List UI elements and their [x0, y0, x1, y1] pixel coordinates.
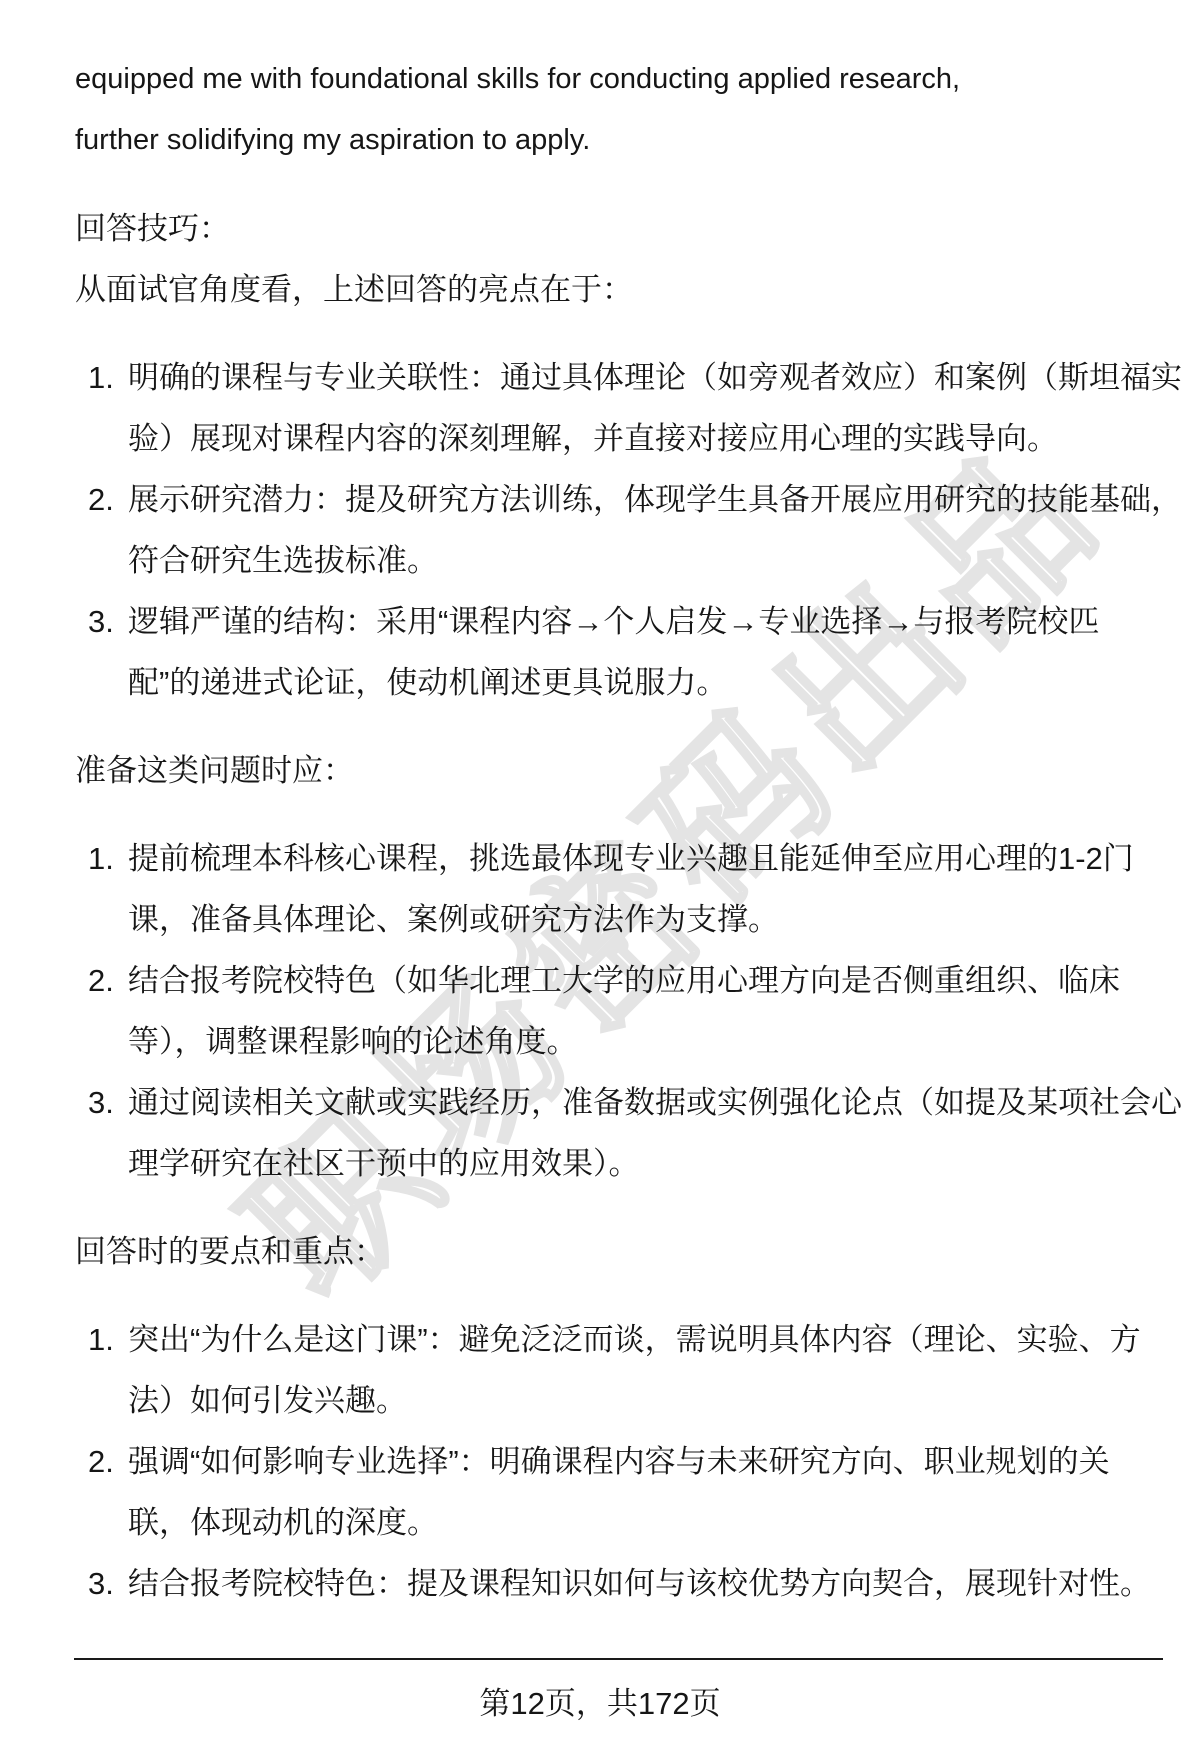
- section-2-list: 1. 提前梳理本科核心课程，挑选最体现专业兴趣且能延伸至应用心理的1-2门 课，…: [75, 828, 1163, 1194]
- intro-line: further solidifying my aspiration to app…: [75, 110, 1163, 171]
- list-item-number-spacer: [75, 652, 128, 713]
- section-1-lead: 从面试官角度看，上述回答的亮点在于：: [75, 259, 1163, 320]
- page-number: 第12页，共172页: [479, 1686, 720, 1721]
- list-item-number: 1.: [75, 828, 128, 889]
- list-item-number: 1.: [75, 347, 128, 408]
- section-3-list: 1. 突出“为什么是这门课”：避免泛泛而谈，需说明具体内容（理论、实验、方 法）…: [75, 1309, 1163, 1614]
- list-item-line: 法）如何引发兴趣。: [128, 1370, 407, 1431]
- list-item: 2. 结合报考院校特色（如华北理工大学的应用心理方向是否侧重组织、临床: [75, 950, 1163, 1011]
- section-2-header: 准备这类问题时应：: [75, 740, 1163, 801]
- list-item-line: 配”的递进式论证，使动机阐述更具说服力。: [128, 652, 727, 713]
- list-item-number: 1.: [75, 1309, 128, 1370]
- list-item-continuation: 配”的递进式论证，使动机阐述更具说服力。: [75, 652, 1163, 713]
- section-3-heading: 回答时的要点和重点：: [75, 1221, 1163, 1282]
- list-item-line: 联，体现动机的深度。: [128, 1492, 438, 1553]
- list-item-continuation: 法）如何引发兴趣。: [75, 1370, 1163, 1431]
- list-item: 1. 明确的课程与专业关联性：通过具体理论（如旁观者效应）和案例（斯坦福实: [75, 347, 1163, 408]
- section-2-heading: 准备这类问题时应：: [75, 740, 1163, 801]
- list-item-line: 符合研究生选拔标准。: [128, 530, 438, 591]
- list-item-number-spacer: [75, 408, 128, 469]
- list-item-continuation: 符合研究生选拔标准。: [75, 530, 1163, 591]
- section-1-header: 回答技巧： 从面试官角度看，上述回答的亮点在于：: [75, 198, 1163, 320]
- list-item-line: 明确的课程与专业关联性：通过具体理论（如旁观者效应）和案例（斯坦福实: [128, 347, 1182, 408]
- list-item-number: 2.: [75, 950, 128, 1011]
- section-1-heading: 回答技巧：: [75, 198, 1163, 259]
- footer-divider: [74, 1658, 1163, 1660]
- list-item-line: 理学研究在社区干预中的应用效果）。: [128, 1133, 640, 1194]
- list-item-line: 展示研究潜力：提及研究方法训练，体现学生具备开展应用研究的技能基础，: [128, 469, 1182, 530]
- list-item-number-spacer: [75, 1011, 128, 1072]
- list-item-number-spacer: [75, 530, 128, 591]
- list-item-continuation: 课，准备具体理论、案例或研究方法作为支撑。: [75, 889, 1163, 950]
- intro-paragraph: equipped me with foundational skills for…: [75, 49, 1163, 171]
- list-item-line: 验）展现对课程内容的深刻理解，并直接对接应用心理的实践导向。: [128, 408, 1058, 469]
- list-item: 3. 结合报考院校特色：提及课程知识如何与该校优势方向契合，展现针对性。: [75, 1553, 1163, 1614]
- list-item: 2. 展示研究潜力：提及研究方法训练，体现学生具备开展应用研究的技能基础，: [75, 469, 1163, 530]
- list-item-line: 逻辑严谨的结构：采用“课程内容→个人启发→专业选择→与报考院校匹: [128, 591, 1099, 652]
- list-item-number: 3.: [75, 591, 128, 652]
- page-content: equipped me with foundational skills for…: [75, 0, 1163, 1614]
- page-footer: 第12页，共172页: [0, 1678, 1200, 1730]
- list-item: 2. 强调“如何影响专业选择”：明确课程内容与未来研究方向、职业规划的关: [75, 1431, 1163, 1492]
- list-item-line: 通过阅读相关文献或实践经历，准备数据或实例强化论点（如提及某项社会心: [128, 1072, 1182, 1133]
- list-item-line: 突出“为什么是这门课”：避免泛泛而谈，需说明具体内容（理论、实验、方: [128, 1309, 1141, 1370]
- list-item-number: 3.: [75, 1553, 128, 1614]
- list-item-number-spacer: [75, 1133, 128, 1194]
- list-item: 3. 通过阅读相关文献或实践经历，准备数据或实例强化论点（如提及某项社会心: [75, 1072, 1163, 1133]
- list-item-continuation: 理学研究在社区干预中的应用效果）。: [75, 1133, 1163, 1194]
- section-3-header: 回答时的要点和重点：: [75, 1221, 1163, 1282]
- list-item-continuation: 验）展现对课程内容的深刻理解，并直接对接应用心理的实践导向。: [75, 408, 1163, 469]
- list-item: 1. 突出“为什么是这门课”：避免泛泛而谈，需说明具体内容（理论、实验、方: [75, 1309, 1163, 1370]
- list-item: 1. 提前梳理本科核心课程，挑选最体现专业兴趣且能延伸至应用心理的1-2门: [75, 828, 1163, 889]
- list-item-line: 等），调整课程影响的论述角度。: [128, 1011, 578, 1072]
- list-item: 3. 逻辑严谨的结构：采用“课程内容→个人启发→专业选择→与报考院校匹: [75, 591, 1163, 652]
- section-1-list: 1. 明确的课程与专业关联性：通过具体理论（如旁观者效应）和案例（斯坦福实 验）…: [75, 347, 1163, 713]
- list-item-number: 2.: [75, 469, 128, 530]
- list-item-continuation: 联，体现动机的深度。: [75, 1492, 1163, 1553]
- list-item-line: 结合报考院校特色：提及课程知识如何与该校优势方向契合，展现针对性。: [128, 1553, 1151, 1614]
- list-item-continuation: 等），调整课程影响的论述角度。: [75, 1011, 1163, 1072]
- list-item-line: 提前梳理本科核心课程，挑选最体现专业兴趣且能延伸至应用心理的1-2门: [128, 828, 1134, 889]
- list-item-number-spacer: [75, 889, 128, 950]
- list-item-line: 课，准备具体理论、案例或研究方法作为支撑。: [128, 889, 779, 950]
- list-item-line: 强调“如何影响专业选择”：明确课程内容与未来研究方向、职业规划的关: [128, 1431, 1110, 1492]
- document-page: 职场密码出品 equipped me with foundational ski…: [0, 0, 1200, 1755]
- list-item-number-spacer: [75, 1492, 128, 1553]
- list-item-line: 结合报考院校特色（如华北理工大学的应用心理方向是否侧重组织、临床: [128, 950, 1120, 1011]
- intro-line: equipped me with foundational skills for…: [75, 49, 1163, 110]
- list-item-number: 2.: [75, 1431, 128, 1492]
- list-item-number: 3.: [75, 1072, 128, 1133]
- list-item-number-spacer: [75, 1370, 128, 1431]
